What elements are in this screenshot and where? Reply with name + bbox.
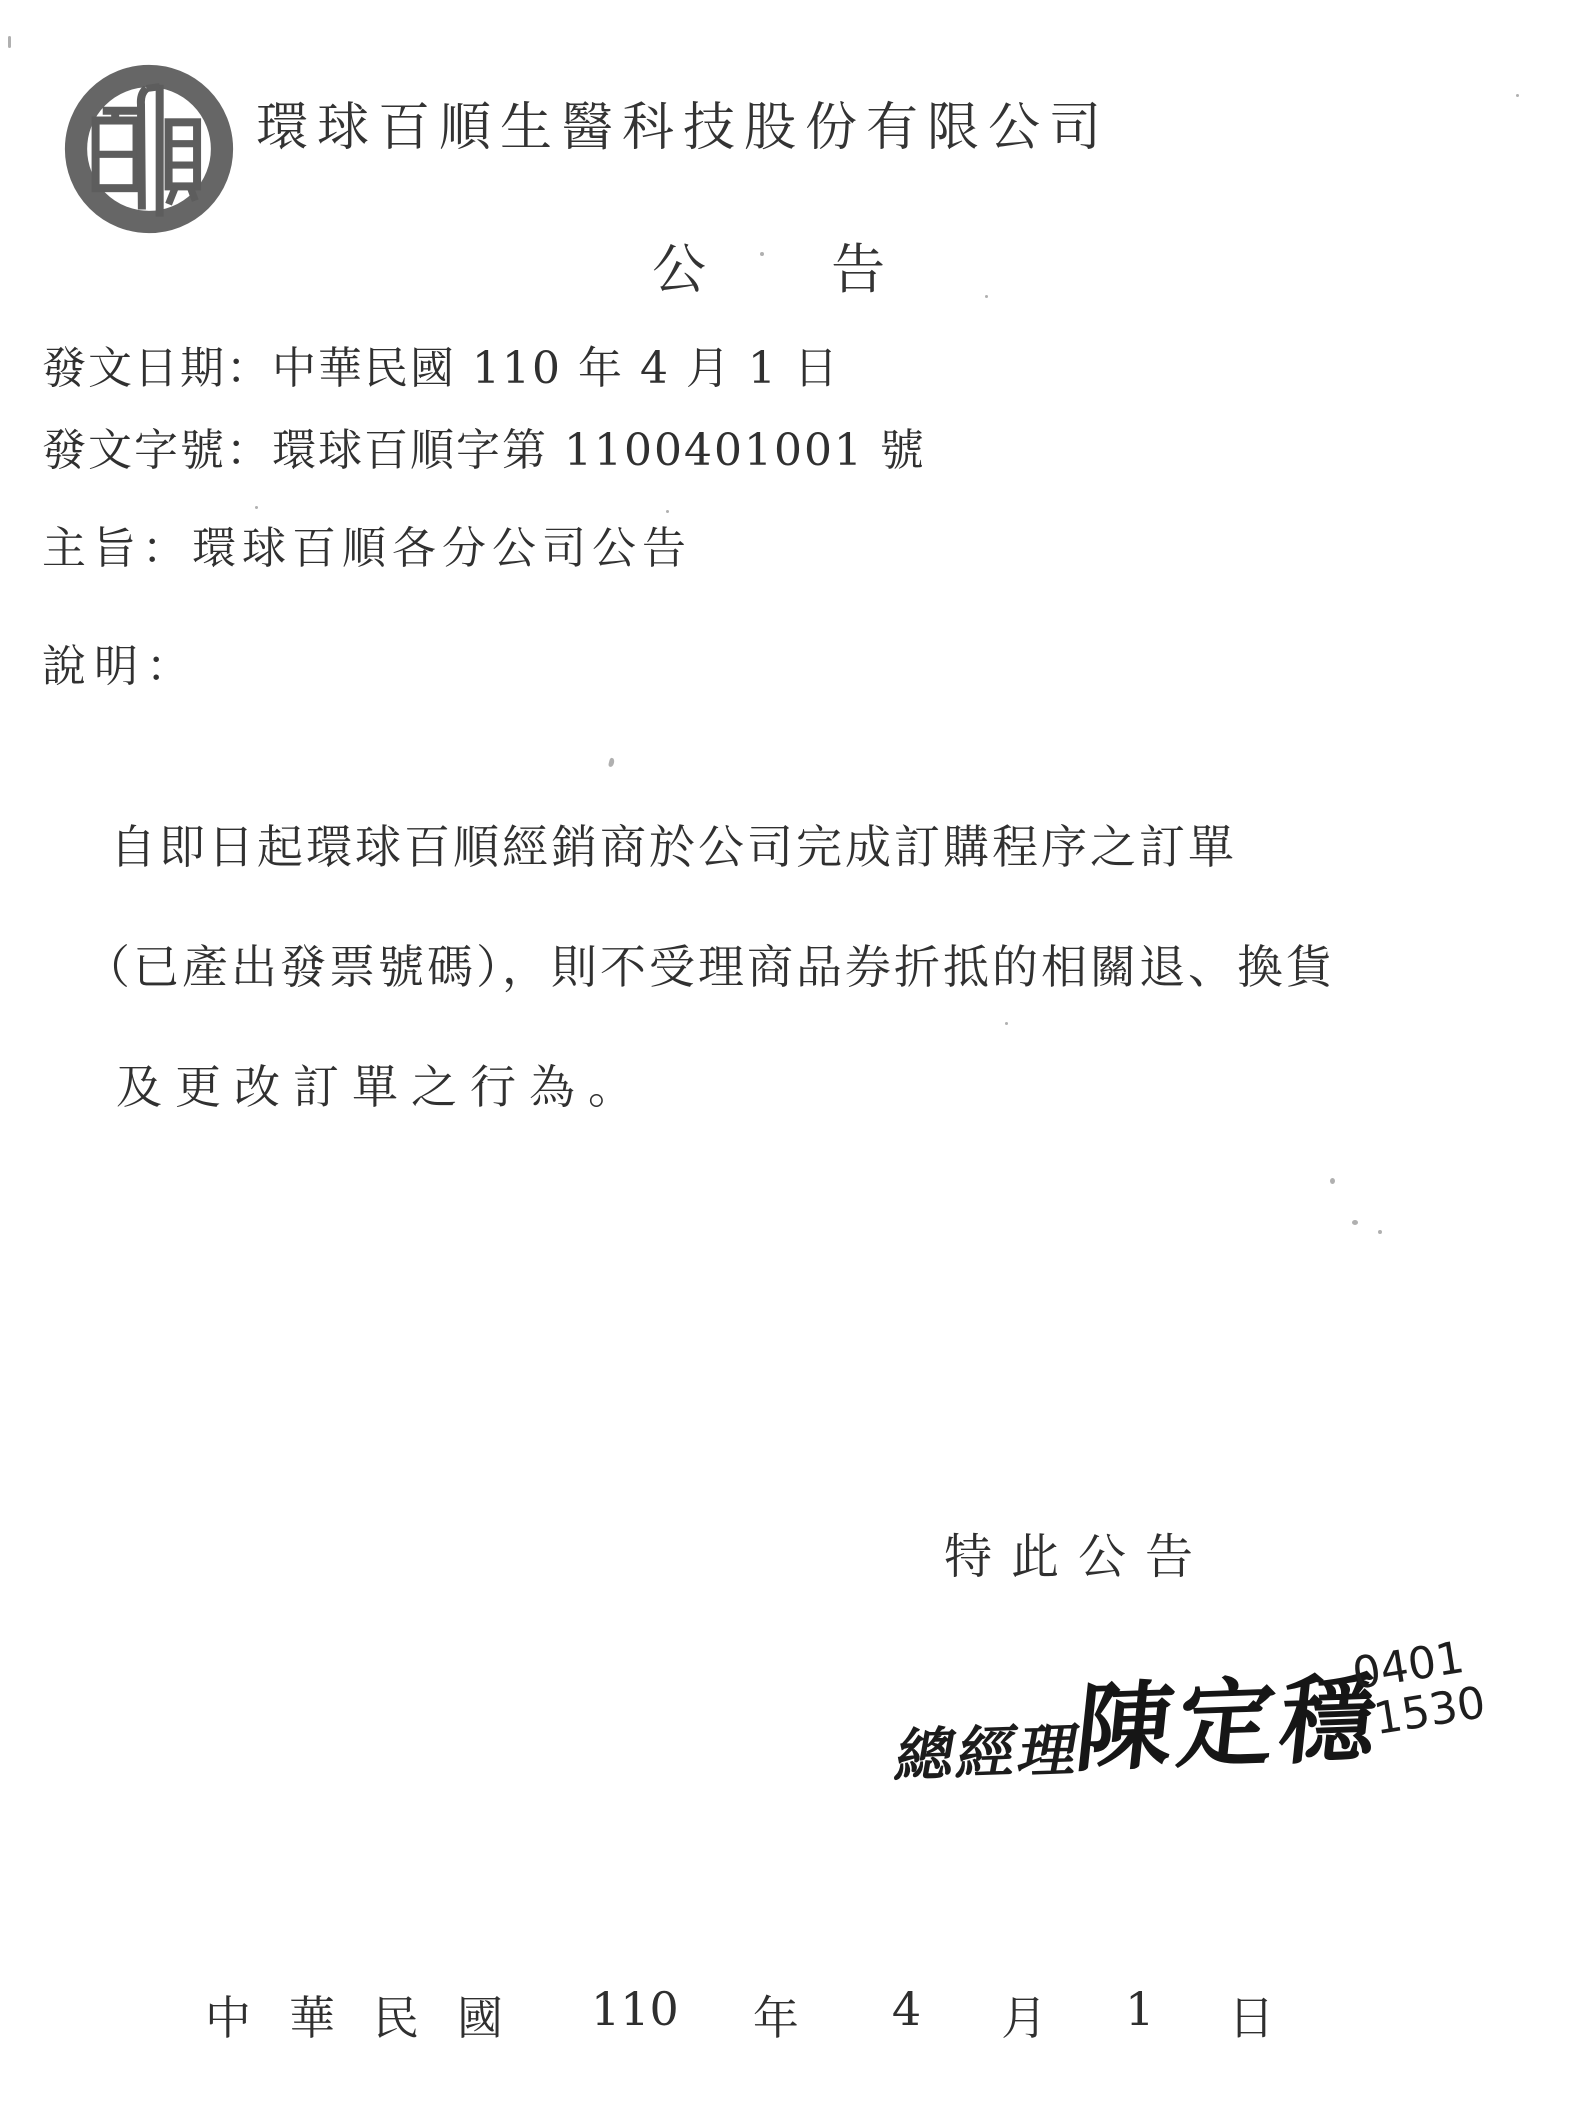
announcement-document: 百順 環球百順生醫科技股份有限公司 公 告 發文日期：中華民國 110 年 4 …	[0, 0, 1583, 2105]
scan-speck	[608, 758, 615, 768]
scan-speck	[985, 295, 988, 298]
body-line: 自即日起環球百順經銷商於公司完成訂購程序之訂單	[110, 820, 1237, 875]
footer-date-part: 月	[1001, 1982, 1047, 2048]
closing-statement: 特此公告	[944, 1518, 1212, 1587]
scan-speck	[8, 36, 11, 48]
scan-speck	[1005, 1022, 1008, 1025]
doc-number-label: 發文字號：	[42, 425, 272, 476]
scan-speck	[666, 510, 669, 513]
footer-date-part: 4	[892, 1982, 921, 2036]
company-name: 環球百順生醫科技股份有限公司	[256, 100, 1110, 157]
signature-title: 總經理	[890, 1703, 1089, 1793]
footer-date-part: 年	[753, 1982, 799, 2048]
doc-number-value: 環球百順字第 1100401001 號	[272, 425, 926, 476]
footer-date-part: 中	[205, 1982, 251, 2048]
footer-date-part: 華	[289, 1982, 335, 2048]
subject-line: 主旨：環球百順各分公司公告	[42, 524, 692, 575]
signature-note-bottom: 1530	[1371, 1682, 1488, 1741]
scan-speck	[255, 506, 258, 509]
company-seal: 百順	[60, 58, 238, 240]
company-seal-label: 百順	[238, 58, 239, 59]
footer-date-part: 日	[1228, 1982, 1274, 2048]
issue-date-value: 中華民國 110 年 4 月 1 日	[272, 343, 840, 394]
scan-speck	[1330, 1178, 1335, 1184]
subject-label: 主旨：	[42, 523, 192, 574]
issue-date-line: 發文日期：中華民國 110 年 4 月 1 日	[42, 344, 840, 395]
company-seal-icon	[60, 58, 238, 240]
footer-date-part: 1	[1125, 1982, 1154, 2036]
document-title: 公 告	[652, 240, 885, 299]
body-line: 及更改訂單之行為。	[116, 1060, 647, 1115]
footer-date: 中 華 民 國 110 年 4 月 1 日	[205, 1982, 1274, 2048]
scan-speck	[1378, 1230, 1382, 1234]
doc-number-line: 發文字號：環球百順字第 1100401001 號	[42, 426, 926, 477]
signature-name: 陳定穩	[1070, 1643, 1389, 1790]
scan-speck	[1352, 1220, 1358, 1225]
signature-date-note: 0401 1530	[1350, 1635, 1488, 1743]
issue-date-label: 發文日期：	[42, 343, 272, 394]
footer-date-part: 民	[373, 1982, 419, 2048]
explanation-label: 說明：	[42, 642, 198, 693]
footer-date-part: 110	[591, 1982, 679, 2036]
body-line: （已產出發票號碼），則不受理商品券折抵的相關退、換貨	[84, 940, 1335, 995]
scan-speck	[760, 252, 764, 256]
footer-date-part: 國	[457, 1982, 503, 2048]
subject-value: 環球百順各分公司公告	[192, 523, 692, 574]
scan-speck	[1516, 94, 1519, 97]
